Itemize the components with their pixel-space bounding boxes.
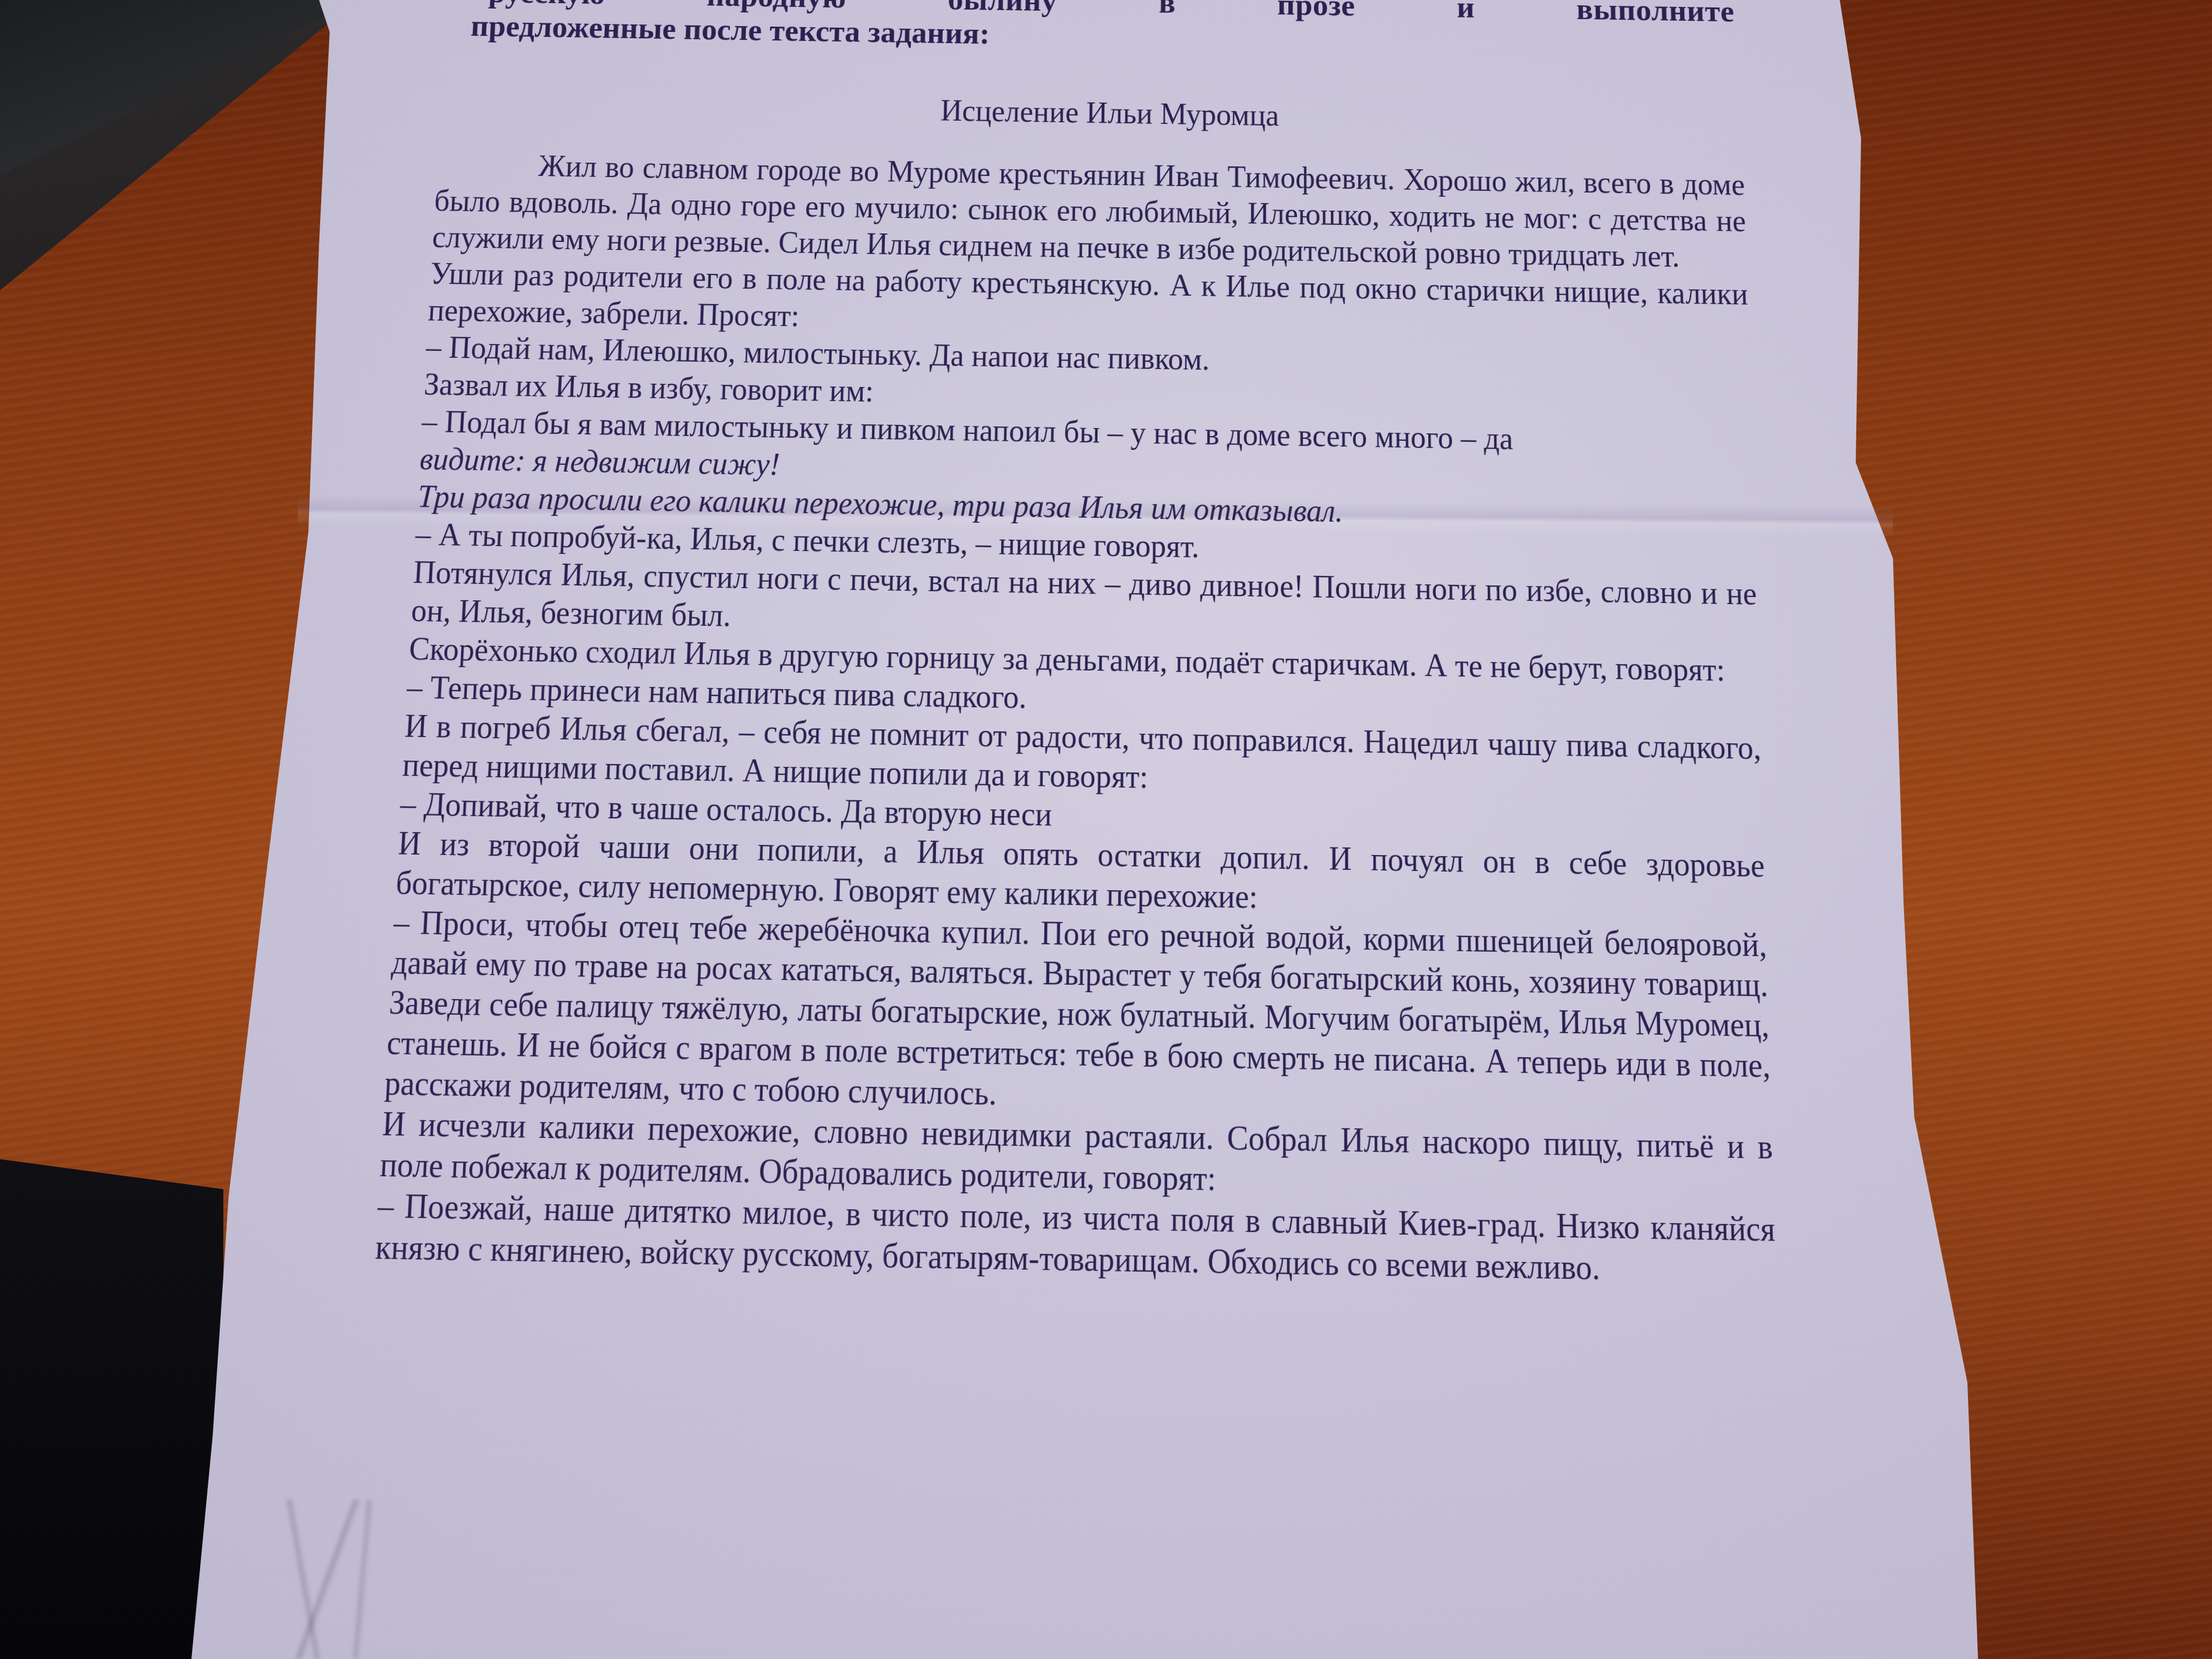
paragraph: Жил во славном городе во Муроме крестьян… bbox=[431, 147, 1747, 276]
document-body: Жил во славном городе во Муроме крестьян… bbox=[374, 147, 1777, 1292]
printed-document: русскую народную былину в прозе и выполн… bbox=[259, 0, 1817, 1293]
photo-scene: русскую народную былину в прозе и выполн… bbox=[0, 0, 2212, 1659]
paragraph: – Проси, чтобы отец тебе жеребёночка куп… bbox=[383, 903, 1772, 1128]
document-title: Исцеление Ильи Муромца bbox=[439, 86, 1781, 141]
plant-shadow bbox=[191, 1499, 468, 1659]
dark-floor-area bbox=[0, 1159, 223, 1659]
